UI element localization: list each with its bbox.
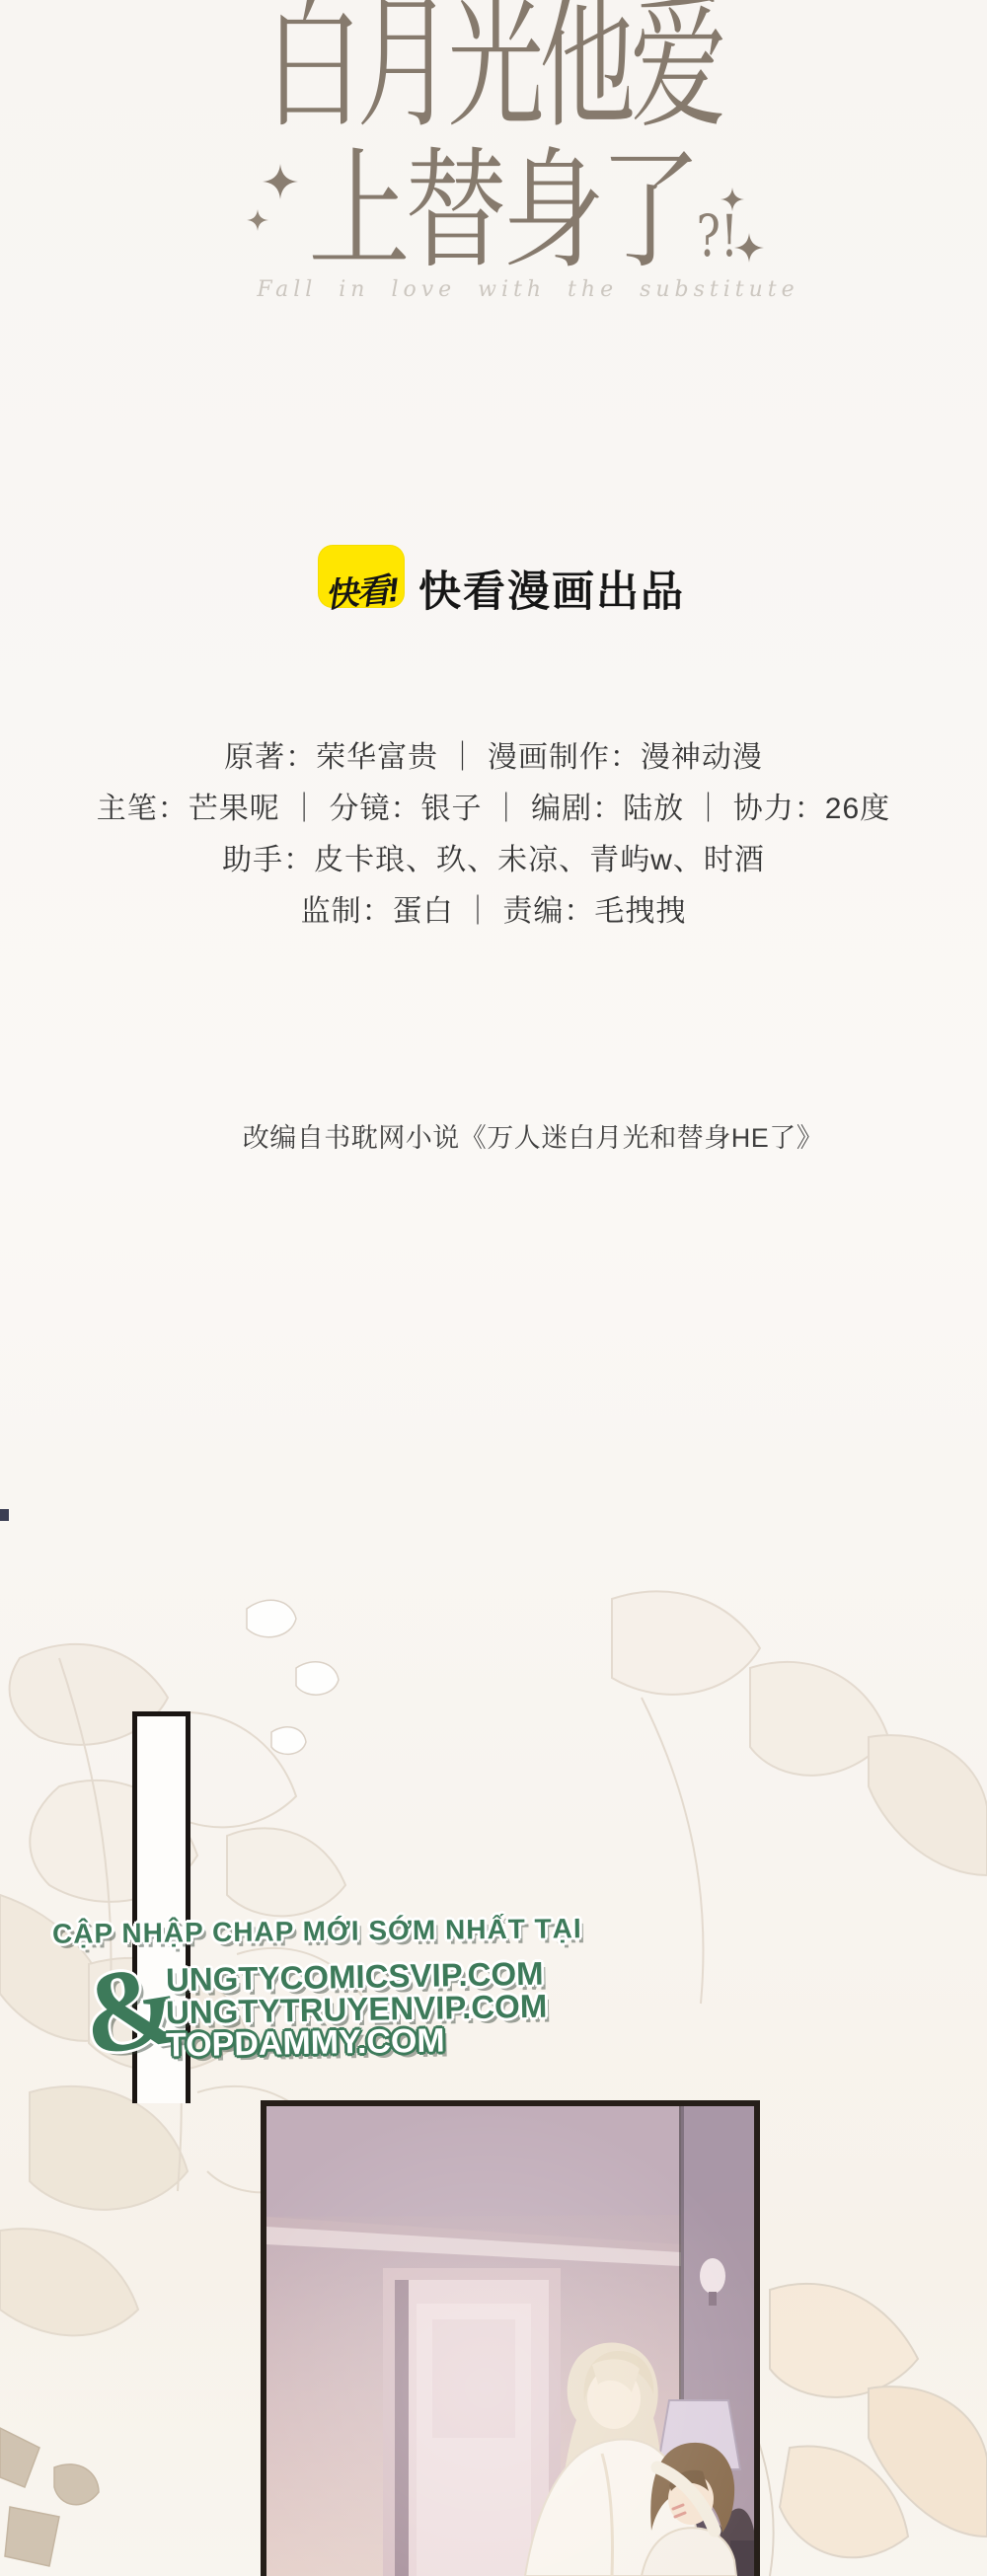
sparkle-icon	[263, 164, 298, 199]
credit-line-assistants: 助手：皮卡琅、玖、未凉、青屿w、时酒	[0, 835, 987, 878]
kuaikan-logo-badge: 快看!	[318, 545, 405, 608]
adaptation-note: 改编自书耽网小说《万人迷白月光和替身HE了》	[39, 1116, 987, 1155]
publisher-production-label: 快看漫画出品	[418, 559, 685, 619]
watermark-site-url: TOPDAMMY.COM	[166, 2022, 445, 2066]
series-title-line2-text: 上替身了	[308, 135, 696, 287]
series-title-line2: 上替身了?!	[113, 146, 909, 276]
comic-panel-artwork	[266, 2106, 754, 2576]
series-title-punctuation: ?!	[697, 202, 738, 269]
sparkle-icon	[247, 209, 268, 231]
series-title-line1: 白月光他爱	[168, 0, 819, 136]
comic-panel	[261, 2100, 760, 2576]
sparkle-icon	[721, 188, 744, 211]
series-subtitle-english: Fall in love with the substitute	[0, 277, 987, 302]
credit-line-original-author: 原著：荣华富贵 ｜ 漫画制作：漫神动漫	[0, 732, 987, 776]
sparkle-icon	[734, 233, 764, 263]
manhua-credits-page: { "series": { "title_line1": "白月光他爱", "t…	[0, 0, 987, 2576]
page-edge-marker	[0, 1509, 9, 1521]
kuaikan-logo-text: 快看!	[324, 573, 399, 613]
credit-line-supervisors: 监制：蛋白 ｜ 责编：毛拽拽	[0, 886, 987, 930]
credit-line-artists: 主笔：芒果呢 ｜ 分镜：银子 ｜ 编剧：陆放 ｜ 协力：26度	[0, 784, 987, 827]
